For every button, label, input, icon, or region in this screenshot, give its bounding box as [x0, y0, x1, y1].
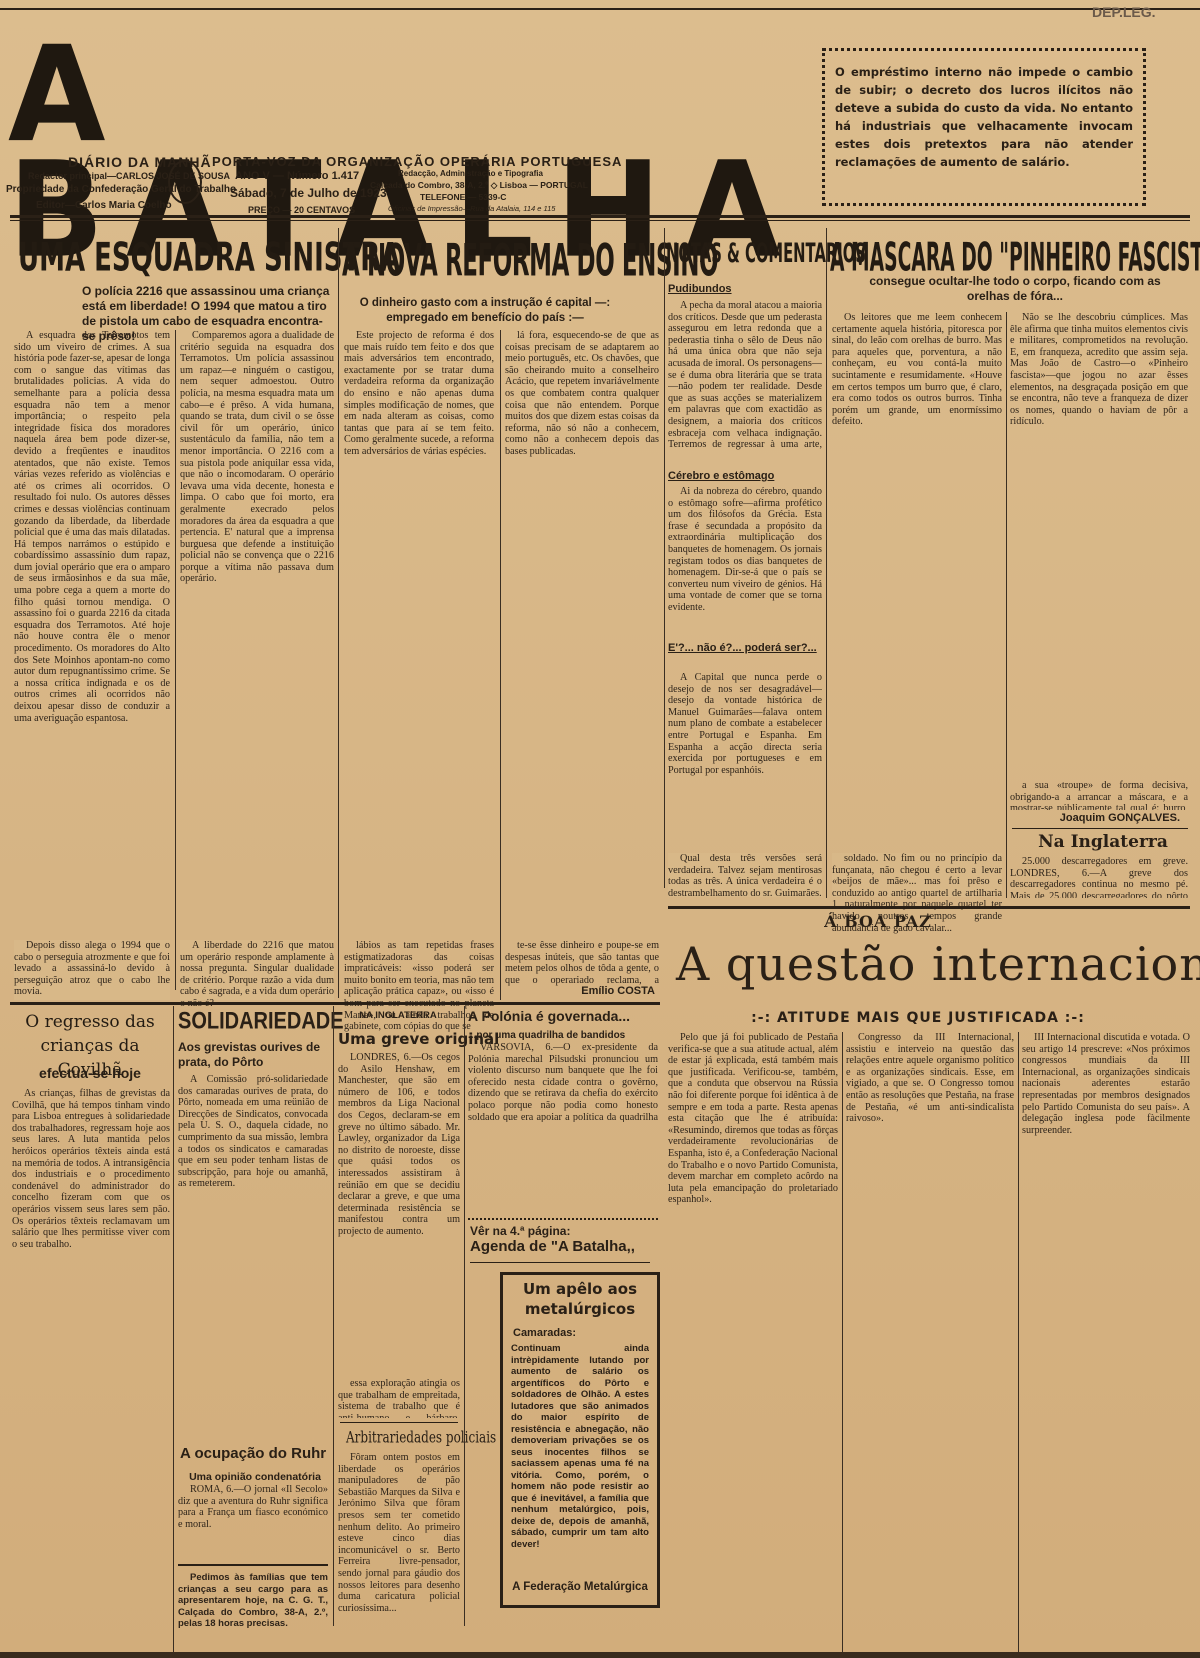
- covilha-text: As crianças, filhas de grevistas da Covi…: [12, 1088, 170, 1648]
- agenda-kicker: Vêr na 4.ª página:: [470, 1224, 570, 1238]
- deck-reforma: O dinheiro gasto com a instrução é capit…: [350, 296, 620, 326]
- esquadra-ending-col1: Depois disso alega o 1994 que o cabo o p…: [14, 940, 170, 1000]
- phone-number: TELEFONE — 5339-C: [420, 191, 506, 203]
- masthead-tagline: PORTA-VOZ DA ORGANIZAÇÃO OPERÁRIA PORTUG…: [212, 154, 622, 169]
- reforma-ending-col1: lábios as tam repetidas frases estigmati…: [344, 940, 494, 1000]
- newspaper-page: DEP.LEG. A BATALHA DIÁRIO DA MANHÃ Redac…: [0, 0, 1200, 1658]
- headline-questao: A questão internacional: [676, 936, 1186, 992]
- editor-line: Editor—Carlos Maria Coelho: [36, 200, 172, 212]
- workshop-address: Oficinas de Impressão—Rua da Atalaia, 11…: [388, 203, 555, 215]
- headline-apelo: Um apêlo aos metalúrgicos: [507, 1279, 653, 1319]
- apelo-text: Continuam ainda intrèpidamente lutando p…: [511, 1343, 649, 1575]
- greve-original-ending: essa exploração atingia os que trabalham…: [338, 1378, 460, 1418]
- families-notice: Pedimos às famílias que tem crianças a s…: [178, 1572, 328, 1618]
- masthead-rule-thin: [10, 220, 1190, 221]
- issue-date: Sábado, 7 de Julho de 1923: [230, 186, 387, 200]
- polonia-text: VARSÓVIA, 6.—O ex-presidente da Polónia …: [468, 1042, 658, 1122]
- headline-polonia: A Polónia é governada...: [468, 1008, 630, 1024]
- column-divider: [500, 330, 501, 1000]
- reforma-col2: lá fora, esquecendo-se de que as coisas …: [505, 330, 659, 940]
- masthead-title: A BATALHA: [8, 37, 738, 153]
- masthead-rule: [10, 215, 1190, 218]
- esquadra-col1: A esquadra dos Terramotos tem sido um vi…: [14, 330, 170, 990]
- questao-col2: Congresso da III Internacional, assistiu…: [846, 1032, 1014, 1652]
- mascara-signature: Joaquim GONÇALVES.: [1010, 812, 1180, 824]
- mascara-col1: Os leitores que me leem conhecem certame…: [832, 312, 1002, 852]
- deck-ruhr: Uma opinião condenatória: [180, 1470, 330, 1485]
- column-divider: [338, 228, 339, 998]
- issue-number: ANO V — Número 1.417: [235, 170, 359, 182]
- headline-reforma: A NOVA REFORMA DO ENSINO: [342, 234, 718, 287]
- agenda-link[interactable]: Agenda de "A Batalha,,: [470, 1238, 635, 1255]
- notas-text-cerebro: Ai da nobreza do cérebro, quando o estôm…: [668, 486, 822, 646]
- boxed-notice-text: O empréstimo interno não impede o cambio…: [835, 63, 1133, 171]
- column-divider: [842, 1032, 843, 1652]
- column-divider: [464, 1006, 465, 1626]
- inglaterra-text: 25.000 descarregadores em greve. LONDRES…: [1010, 856, 1188, 898]
- notas-ending: Qual desta três versões será verdadeira.…: [668, 853, 822, 897]
- mascara-col2: Não se lhe descobriu cúmplices. Mas êle …: [1010, 312, 1188, 782]
- headline-arbitrariedades: Arbitrariedades policiais: [346, 1428, 496, 1446]
- kicker-na-inglaterra: NA INGLATERRA: [338, 1010, 458, 1021]
- headline-ruhr: A ocupação do Ruhr: [180, 1445, 326, 1462]
- section-rule: [668, 906, 1190, 909]
- apelo-salutation: Camaradas:: [513, 1327, 576, 1339]
- mascara-ending-col2: a sua «troupe» de forma decisiva, obriga…: [1010, 780, 1188, 810]
- deck-questao: :-: ATITUDE MAIS QUE JUSTIFICADA :-:: [668, 1010, 1168, 1026]
- deck-mascara: consegue ocultar-lhe todo o corpo, fican…: [850, 274, 1180, 304]
- section-rule: [470, 1262, 650, 1263]
- solidariedade-text: A Comissão pró-solidariedade dos camarad…: [178, 1074, 328, 1434]
- legal-deposit-stamp: DEP.LEG.: [1092, 4, 1156, 20]
- deck-polonia: ...por uma quadrilha de bandidos: [468, 1028, 658, 1043]
- column-divider: [1018, 1032, 1019, 1652]
- column-divider: [1006, 312, 1007, 898]
- questao-col1: Pelo que já foi publicado de Pestaña ver…: [668, 1032, 838, 1652]
- column-divider: [333, 1006, 334, 1626]
- questao-col3: III Internacional discutida e votada. O …: [1022, 1032, 1190, 1652]
- bottom-edge: [0, 1652, 1200, 1658]
- arbitrariedades-text: Fôram ontem postos em liberdade os operá…: [338, 1452, 460, 1622]
- headline-solidariedade: SOLIDARIEDADE: [178, 1008, 344, 1036]
- section-rule: [1012, 828, 1188, 829]
- section-rule: [178, 1564, 328, 1566]
- notas-sub-poderasser: E'?... não é?... poderá ser?...: [668, 642, 822, 654]
- column-divider: [664, 228, 665, 888]
- column-divider: [173, 1006, 174, 1652]
- section-rule: [340, 1422, 458, 1423]
- kicker-boa-paz: Á BOA PAZ: [668, 912, 1088, 931]
- mascara-ending-col1: soldado. No fim ou no princípio da funça…: [832, 853, 1002, 897]
- reforma-signature: Emílio COSTA: [505, 985, 655, 997]
- admin-address: Calçada do Combro, 38-A, 2.º ◇ Lisboa — …: [370, 179, 588, 191]
- esquadra-ending-col2: A liberdade do 2216 que matou um operári…: [180, 940, 334, 1000]
- esquadra-col2: Comparemos agora a dualidade de critério…: [180, 330, 334, 990]
- headline-inglaterra: Na Inglaterra: [1018, 832, 1188, 852]
- greve-original-text: LONDRES, 6.—Os cegos do Asilo Henshaw, e…: [338, 1052, 460, 1352]
- boxed-notice: O empréstimo interno não impede o cambio…: [822, 48, 1146, 206]
- column-divider: [175, 330, 176, 990]
- apelo-box: Um apêlo aos metalúrgicos Camaradas: Con…: [500, 1272, 660, 1608]
- notas-sub-cerebro: Cérebro e estômago: [668, 470, 774, 482]
- wavy-divider: [468, 1212, 658, 1220]
- reforma-ending-col2: te-se êsse dinheiro e poupe-se em despes…: [505, 940, 659, 986]
- apelo-signature: A Federação Metalúrgica: [507, 1581, 653, 1593]
- cgt-seal-emblem: [168, 160, 202, 204]
- deck-covilha: efectua-se hoje: [10, 1066, 170, 1081]
- section-rule: [10, 1002, 660, 1005]
- deck-solidariedade: Aos grevistas ourives de prata, do Pôrto: [178, 1040, 328, 1070]
- column-divider: [826, 228, 827, 898]
- reforma-col1: Este projecto de reforma é dos que mais …: [344, 330, 494, 940]
- notas-sub-pudibundos: Pudibundos: [668, 283, 732, 295]
- top-border: [0, 8, 1200, 10]
- ruhr-text: ROMA, 6.—O jornal «Il Secolo» diz que a …: [178, 1484, 328, 1548]
- notas-text-pudibundos: A pecha da moral atacou a maioria dos cr…: [668, 300, 822, 450]
